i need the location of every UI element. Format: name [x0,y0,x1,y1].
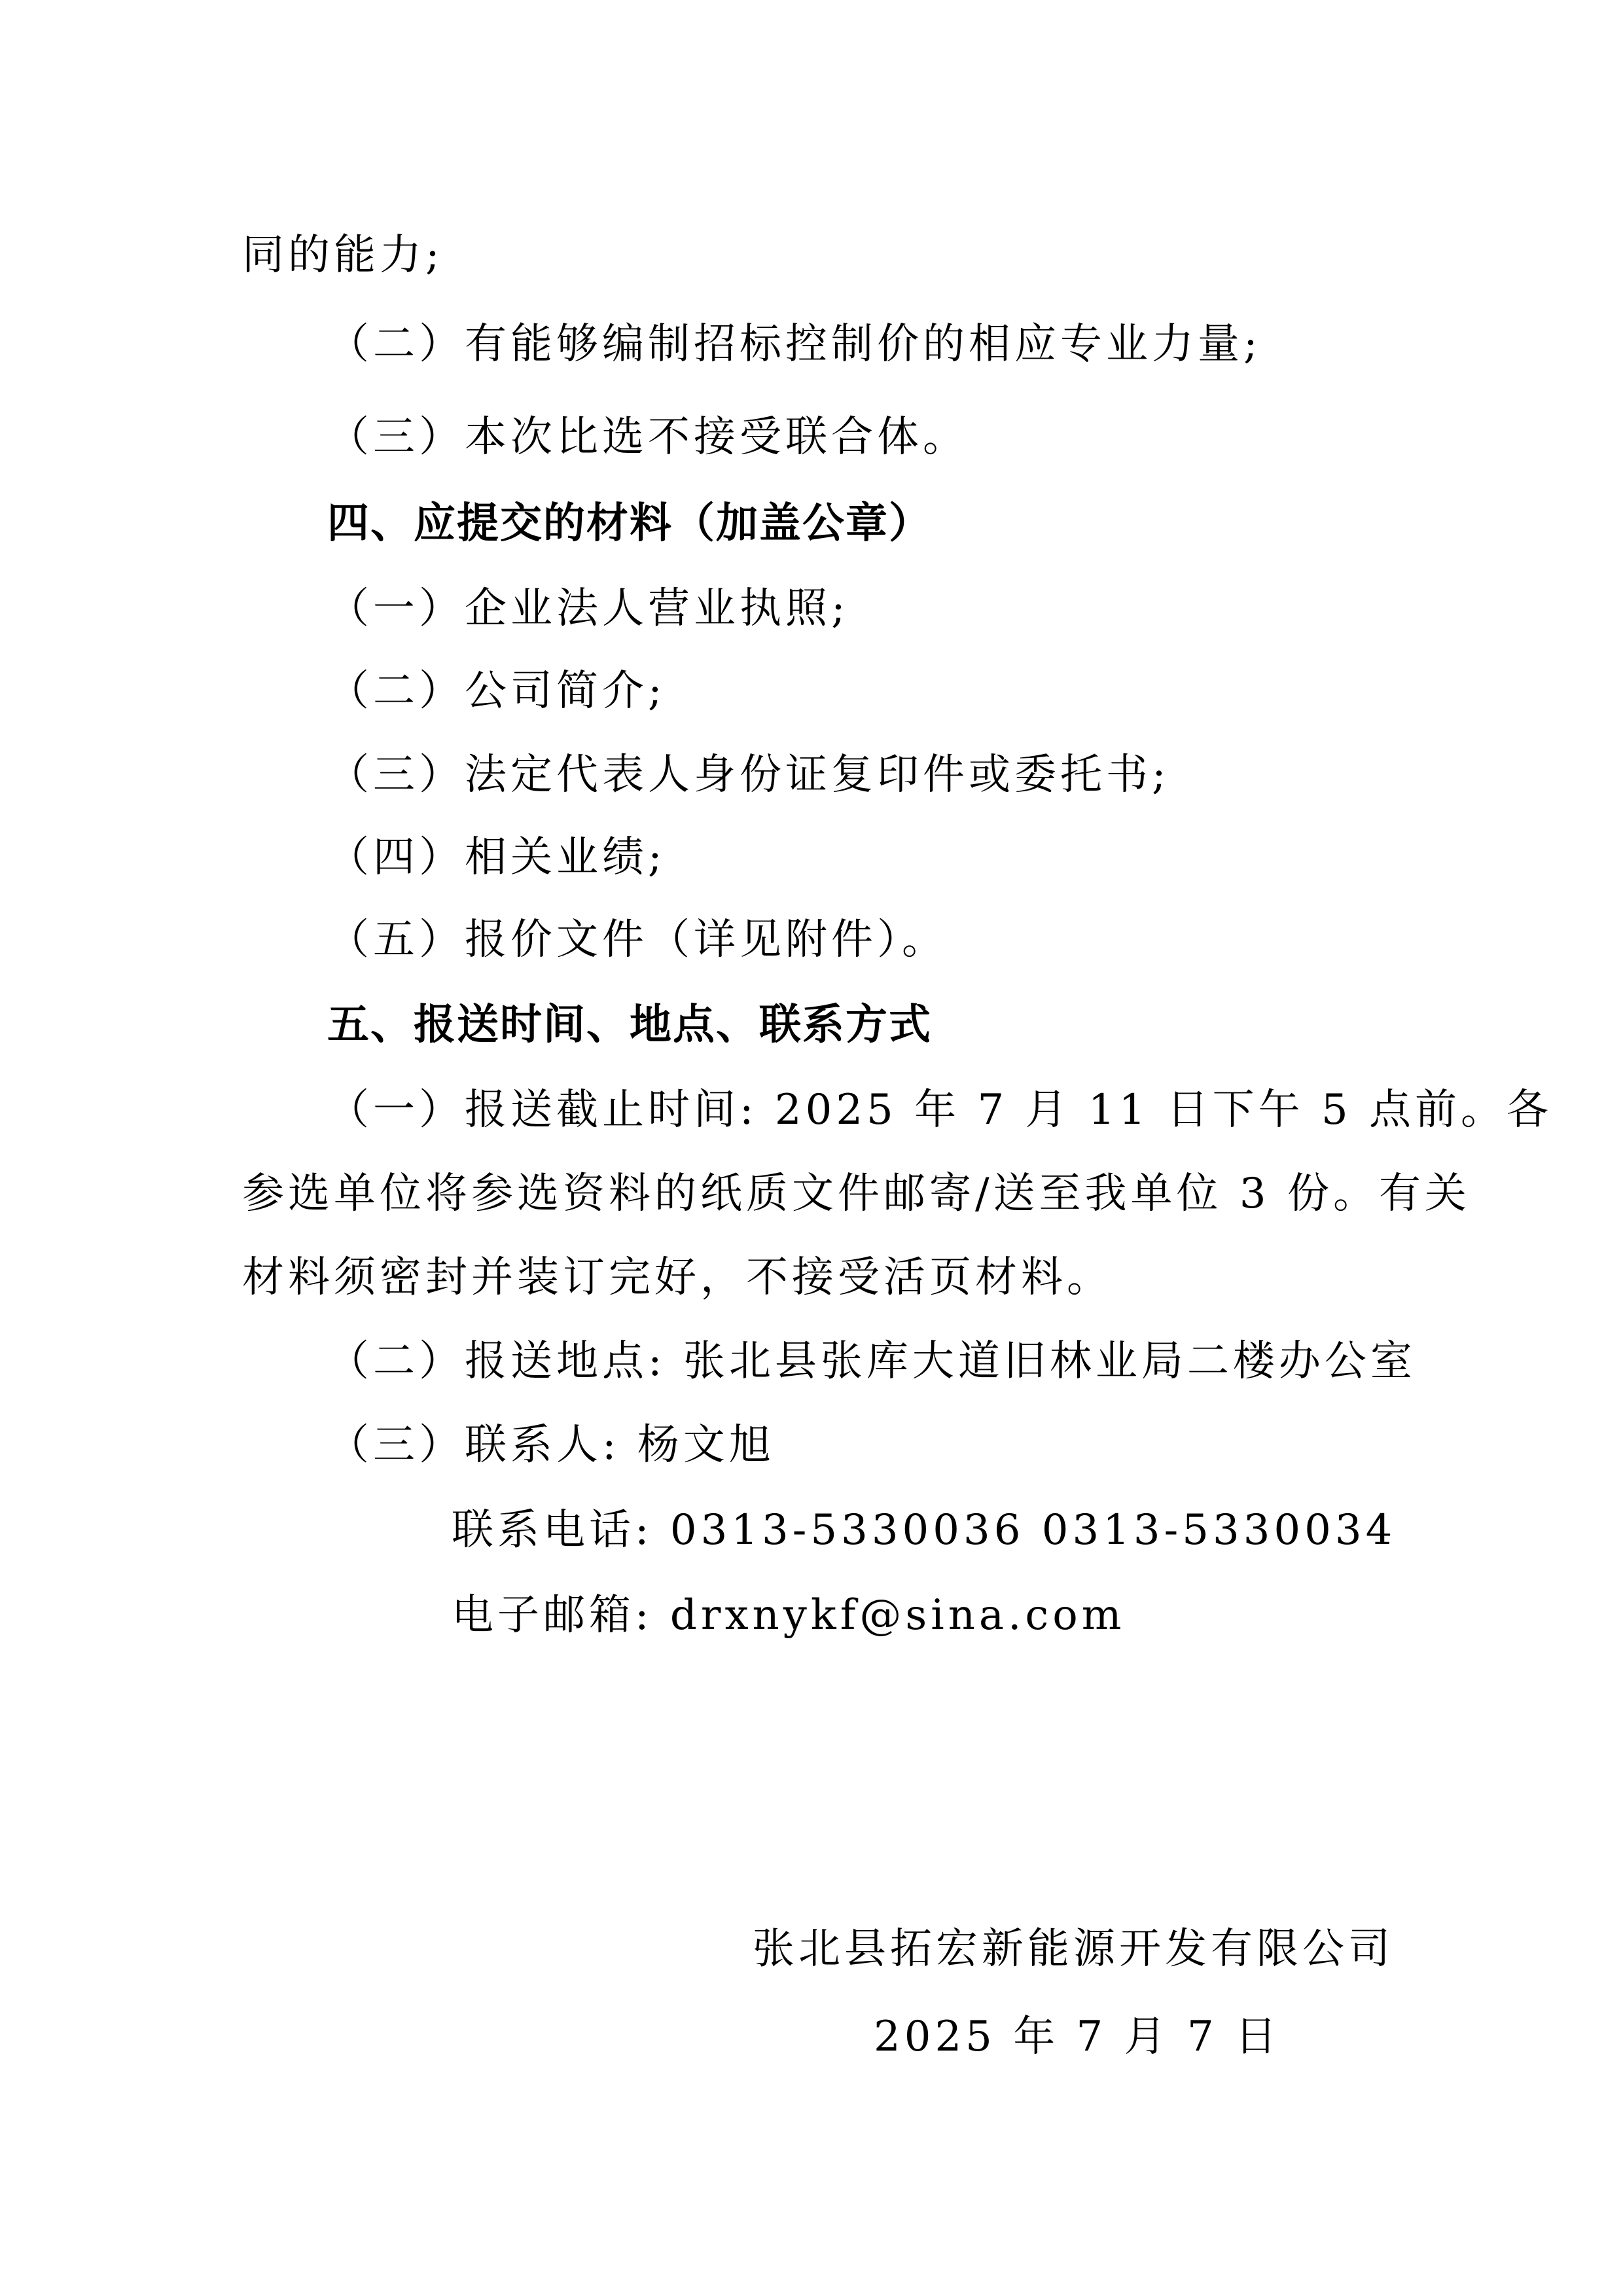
material-item-2: （二）公司简介; [327,670,666,712]
paragraph-line: 同的能力; [242,234,444,276]
contact-person-line: （三）联系人: 杨文旭 [327,1424,775,1466]
material-item-5: （五）报价文件（详见附件）。 [327,919,948,961]
material-item-1: （一）企业法人营业执照; [327,588,849,630]
section-5-heading: 五、报送时间、地点、联系方式 [327,1004,932,1046]
signature-date: 2025 年 7 月 7 日 [874,2016,1281,2058]
deadline-line-1: （一）报送截止时间: 2025 年 7 月 11 日下午 5 点前。各 [327,1089,1552,1131]
requirement-item-3: （三）本次比选不接受联合体。 [327,416,969,458]
email-line: 电子邮箱: drxnykf@sina.com [452,1594,1126,1636]
phone-line: 联系电话: 0313-5330036 0313-5330034 [452,1509,1396,1551]
signature-company: 张北县拓宏新能源开发有限公司 [753,1928,1394,1970]
section-4-heading: 四、应提交的材料（加盖公章） [327,503,932,545]
material-item-4: （四）相关业绩; [327,836,666,878]
requirement-item-2: （二）有能够编制招标控制价的相应专业力量; [327,323,1262,365]
location-line: （二）报送地点: 张北县张库大道旧林业局二楼办公室 [327,1340,1416,1382]
deadline-line-2: 参选单位将参选资料的纸质文件邮寄/送至我单位 3 份。有关 [242,1173,1471,1215]
deadline-line-3: 材料须密封并装订完好，不接受活页材料。 [242,1257,1113,1299]
material-item-3: （三）法定代表人身份证复印件或委托书; [327,754,1170,796]
